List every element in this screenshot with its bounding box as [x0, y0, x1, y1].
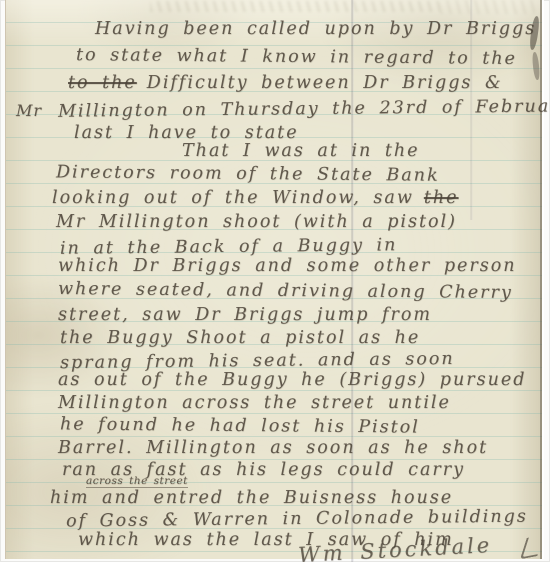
scanned-document: Having been called upon by Dr Briggs to … — [0, 0, 550, 562]
manuscript-line: Mr Millington shoot (with a pistol) — [56, 212, 457, 232]
manuscript-line: the Buggy Shoot a pistol as he — [60, 328, 420, 348]
line-text: Difficulty between Dr Briggs & — [147, 73, 503, 93]
manuscript-line: to theDifficulty between Dr Briggs & — [68, 73, 503, 93]
manuscript-line: which Dr Briggs and some other person — [58, 256, 517, 276]
manuscript-line: as out of the Buggy he (Briggs) pursued — [58, 370, 526, 390]
struck-text: to the — [68, 73, 137, 93]
manuscript-line: looking out of the Window, sawthe — [52, 188, 459, 208]
manuscript-line: where seated, and driving along Cherry — [58, 279, 513, 303]
line-text: looking out of the Window, saw — [52, 188, 414, 208]
manuscript-line: to state what I know in regard to the — [76, 45, 517, 69]
manuscript-line: street, saw Dr Briggs jump from — [58, 305, 432, 325]
margin-note: Mr — [16, 101, 42, 121]
manuscript-line: Barrel. Millington as soon as he shot — [58, 438, 488, 458]
manuscript-line: Directors room of the State Bank — [56, 162, 440, 185]
interline-insertion: across the street — [86, 476, 188, 488]
manuscript-line: last I have to state — [74, 123, 299, 143]
manuscript-line: him and entred the Buisness house — [50, 488, 453, 508]
manuscript-line: he found he had lost his Pistol — [60, 414, 420, 437]
manuscript-line: Millington across the street untile — [58, 393, 451, 413]
manuscript-line: That I was at in the — [182, 141, 420, 161]
manuscript-line: Having been called upon by Dr Briggs — [95, 19, 536, 39]
struck-text: the — [424, 188, 459, 208]
